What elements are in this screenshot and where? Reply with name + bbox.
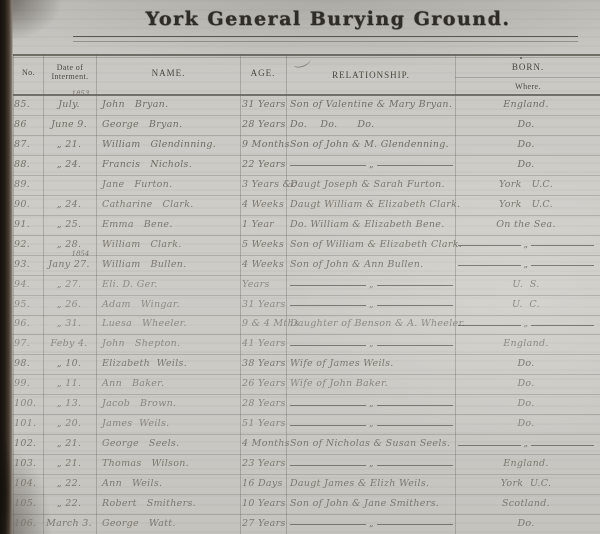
table-row: 86 June 9. George Bryan. 28 Years Do. Do…: [0, 115, 600, 136]
row-number: 86: [14, 115, 42, 135]
deceased-name: William Glendinning.: [102, 135, 240, 155]
relationship: Son of John & Jane Smithers.: [290, 494, 453, 514]
interment-date: June 9.: [44, 115, 94, 135]
col-header-age: AGE.: [240, 68, 286, 78]
table-row: 85. July.1853 John Bryan. 31 Years Son o…: [0, 95, 600, 116]
table-row: 91. „ 25. Emma Bene. 1 Year Do. William …: [0, 215, 600, 236]
birthplace: „: [458, 235, 594, 255]
interment-date: „ 21.: [44, 434, 94, 454]
relationship: „: [290, 454, 453, 474]
interment-date: „ 20.: [44, 414, 94, 434]
birthplace: Do.: [458, 514, 594, 534]
table-row: 88. „ 24. Francis Nichols. 22 Years „ Do…: [0, 155, 600, 176]
deceased-name: Francis Nichols.: [102, 155, 240, 175]
row-number: 88.: [14, 155, 42, 175]
age: 3 Years &c: [242, 175, 288, 195]
relationship: Daugt William & Elizabeth Clark.: [290, 195, 453, 215]
table-row: 96. „ 31. Luesa Wheeler. 9 & 4 Mths Daug…: [0, 314, 600, 335]
table-row: 93. Jany 27.1854 William Bullen. 4 Weeks…: [0, 255, 600, 276]
age: 31 Years: [242, 295, 288, 315]
age: 41 Years: [242, 334, 288, 354]
deceased-name: George Watt.: [102, 514, 240, 534]
birthplace: U. C.: [458, 295, 594, 315]
interment-date: „ 11.: [44, 374, 94, 394]
birthplace: York U.C.: [458, 195, 594, 215]
interment-date: „ 21.: [44, 454, 94, 474]
table-row: 104. „ 22. Ann Weils. 16 Days Daugt Jame…: [0, 474, 600, 495]
row-number: 95.: [14, 295, 42, 315]
age: 23 Years: [242, 454, 288, 474]
age: 9 Months: [242, 135, 288, 155]
col-header-born-where: Where.: [456, 82, 600, 92]
col-header-relationship: RELATIONSHIP.: [287, 70, 455, 80]
age: 4 Weeks: [242, 195, 288, 215]
table-row: 97. Feby 4. John Shepton. 41 Years „ Eng…: [0, 334, 600, 355]
age: 27 Years: [242, 514, 288, 534]
age: 10 Years: [242, 494, 288, 514]
interment-date: „ 21.: [44, 135, 94, 155]
row-number: 93.: [14, 255, 42, 275]
age: 28 Years: [242, 394, 288, 414]
interment-date: Feby 4.: [44, 334, 94, 354]
row-number: 91.: [14, 215, 42, 235]
row-number: 106.: [14, 514, 42, 534]
row-number: 99.: [14, 374, 42, 394]
row-number: 89.: [14, 175, 42, 195]
interment-date: March 3.: [44, 514, 94, 534]
interment-date: „ 24.: [44, 155, 94, 175]
row-number: 103.: [14, 454, 42, 474]
age: 5 Weeks: [242, 235, 288, 255]
row-number: 98.: [14, 354, 42, 374]
col-header-name: NAME.: [97, 68, 240, 78]
table-row: 103. „ 21. Thomas Wilson. 23 Years „ Eng…: [0, 454, 600, 475]
relationship: Wife of James Weils.: [290, 354, 453, 374]
age: 16 Days: [242, 474, 288, 494]
interment-date: „ 31.: [44, 314, 94, 334]
deceased-name: George Bryan.: [102, 115, 240, 135]
deceased-name: Luesa Wheeler.: [102, 314, 240, 334]
row-number: 87.: [14, 135, 42, 155]
relationship: „: [290, 514, 453, 534]
birthplace: „: [458, 434, 594, 454]
age: Years: [242, 275, 288, 295]
interment-date: „ 22.: [44, 494, 94, 514]
interment-date: „ 22.: [44, 474, 94, 494]
relationship: „: [290, 295, 453, 315]
age: 51 Years: [242, 414, 288, 434]
table-row: 106. March 3. George Watt. 27 Years „ Do…: [0, 514, 600, 534]
col-header-date-line2: Interment.: [45, 72, 95, 82]
deceased-name: William Clark.: [102, 235, 240, 255]
row-number: 104.: [14, 474, 42, 494]
deceased-name: Ann Weils.: [102, 474, 240, 494]
table-row: 90. „ 24. Catharine Clark. 4 Weeks Daugt…: [0, 195, 600, 216]
relationship: Daugt James & Elizh Weils.: [290, 474, 453, 494]
deceased-name: Jacob Brown.: [102, 394, 240, 414]
deceased-name: Thomas Wilson.: [102, 454, 240, 474]
relationship: „: [290, 414, 453, 434]
year-annotation: 1854: [72, 250, 90, 258]
age: 1 Year: [242, 215, 288, 235]
table-row: 101. „ 20. James Weils. 51 Years „ Do.: [0, 414, 600, 435]
table-row: 92. „ 28. William Clark. 5 Weeks Son of …: [0, 235, 600, 256]
age: 22 Years: [242, 155, 288, 175]
table-row: 94. „ 27. Eli. D. Ger. Years „ U. S.: [0, 275, 600, 296]
row-number: 97.: [14, 334, 42, 354]
relationship: „: [290, 275, 453, 295]
row-number: 90.: [14, 195, 42, 215]
row-number: 100.: [14, 394, 42, 414]
relationship: Wife of John Baker.: [290, 374, 453, 394]
birthplace: York U.C.: [458, 175, 594, 195]
age: 31 Years: [242, 95, 288, 115]
relationship: Son of John & Ann Bullen.: [290, 255, 453, 275]
birthplace: „: [458, 314, 594, 334]
deceased-name: Emma Bene.: [102, 215, 240, 235]
birthplace: York U.C.: [458, 474, 594, 494]
table-row: 102. „ 21. George Seels. 4 Months Son of…: [0, 434, 600, 455]
deceased-name: Jane Furton.: [102, 175, 240, 195]
page-title: York General Burying Ground.: [28, 8, 600, 30]
row-number: 105.: [14, 494, 42, 514]
age: 4 Weeks: [242, 255, 288, 275]
born-subdivider: [455, 77, 600, 78]
title-underline: [73, 36, 578, 42]
relationship: Daughter of Benson & A. Wheeler.: [290, 314, 453, 334]
relationship: Son of Nicholas & Susan Seels.: [290, 434, 453, 454]
birthplace: England.: [458, 334, 594, 354]
row-number: 102.: [14, 434, 42, 454]
relationship: „: [290, 334, 453, 354]
deceased-name: Catharine Clark.: [102, 195, 240, 215]
row-number: 92.: [14, 235, 42, 255]
interment-date: „ 25.: [44, 215, 94, 235]
row-number: 101.: [14, 414, 42, 434]
age: 26 Years: [242, 374, 288, 394]
relationship: Daugt Joseph & Sarah Furton.: [290, 175, 453, 195]
interment-date: „ 27.: [44, 275, 94, 295]
birthplace: Do.: [458, 414, 594, 434]
age: 38 Years: [242, 354, 288, 374]
col-header-born: BORN.: [456, 62, 600, 72]
table-row: 95. „ 26. Adam Wingar. 31 Years „ U. C.: [0, 295, 600, 316]
interment-date: „ 10.: [44, 354, 94, 374]
birthplace: Do.: [458, 115, 594, 135]
deceased-name: John Shepton.: [102, 334, 240, 354]
birthplace: Do.: [458, 394, 594, 414]
birthplace: On the Sea.: [458, 215, 594, 235]
deceased-name: William Bullen.: [102, 255, 240, 275]
interment-date: „ 24.: [44, 195, 94, 215]
ink-dot-icon: [520, 57, 522, 59]
table-row: 100. „ 13. Jacob Brown. 28 Years „ Do.: [0, 394, 600, 415]
relationship: „: [290, 155, 453, 175]
interment-date: [44, 175, 94, 195]
birthplace: England.: [458, 454, 594, 474]
table-row: 99. „ 11. Ann Baker. 26 Years Wife of Jo…: [0, 374, 600, 395]
relationship: Son of William & Elizabeth Clark.: [290, 235, 453, 255]
pen-mark-icon: [292, 54, 312, 69]
deceased-name: Adam Wingar.: [102, 295, 240, 315]
deceased-name: Eli. D. Ger.: [102, 275, 240, 295]
deceased-name: James Weils.: [102, 414, 240, 434]
deceased-name: Robert Smithers.: [102, 494, 240, 514]
col-header-no: No.: [14, 68, 43, 78]
interment-date: „ 13.: [44, 394, 94, 414]
interment-date: July.1853: [44, 95, 94, 115]
relationship: Do. Do. Do.: [290, 115, 453, 135]
age: 4 Months: [242, 434, 288, 454]
table-row: 89. Jane Furton. 3 Years &c Daugt Joseph…: [0, 175, 600, 196]
birthplace: England.: [458, 95, 594, 115]
table-row: 98. „ 10. Elizabeth Weils. 38 Years Wife…: [0, 354, 600, 375]
spine-shadow: [0, 430, 11, 534]
relationship: Do. William & Elizabeth Bene.: [290, 215, 453, 235]
relationship: Son of Valentine & Mary Bryan.: [290, 95, 453, 115]
row-number: 96.: [14, 314, 42, 334]
deceased-name: Ann Baker.: [102, 374, 240, 394]
birthplace: Do.: [458, 354, 594, 374]
deceased-name: Elizabeth Weils.: [102, 354, 240, 374]
age: 28 Years: [242, 115, 288, 135]
birthplace: Do.: [458, 374, 594, 394]
birthplace: U. S.: [458, 275, 594, 295]
deceased-name: John Bryan.: [102, 95, 240, 115]
age: 9 & 4 Mths: [242, 314, 288, 334]
birthplace: „: [458, 255, 594, 275]
row-number: 85.: [14, 95, 42, 115]
interment-date: „ 26.: [44, 295, 94, 315]
deceased-name: George Seels.: [102, 434, 240, 454]
table-row: 105. „ 22. Robert Smithers. 10 Years Son…: [0, 494, 600, 515]
table-row: 87. „ 21. William Glendinning. 9 Months …: [0, 135, 600, 156]
interment-date: Jany 27.1854: [44, 255, 94, 275]
birthplace: Do.: [458, 155, 594, 175]
birthplace: Do.: [458, 135, 594, 155]
ledger-photo: York General Burying Ground. No. Date of…: [0, 0, 600, 534]
row-number: 94.: [14, 275, 42, 295]
register-rows: 85. July.1853 John Bryan. 31 Years Son o…: [0, 95, 600, 534]
birthplace: Scotland.: [458, 494, 594, 514]
relationship: Son of John & M. Glendenning.: [290, 135, 453, 155]
relationship: „: [290, 394, 453, 414]
year-annotation: 1853: [72, 90, 90, 98]
